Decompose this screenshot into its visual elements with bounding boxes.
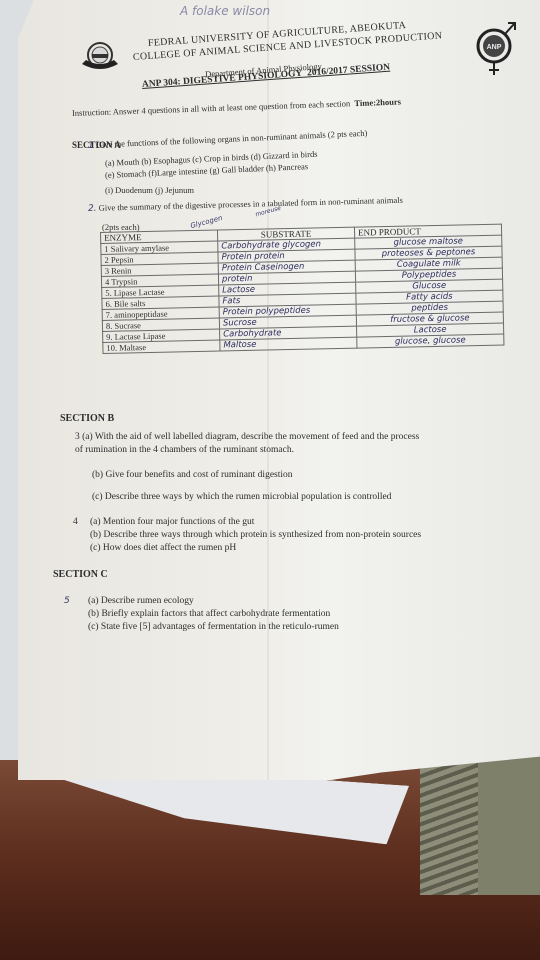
handwritten-name: A folake wilson (180, 4, 270, 18)
green-object (478, 745, 540, 895)
university-crest-icon (80, 40, 120, 74)
svg-text:ANP: ANP (487, 44, 502, 51)
q5a: (a) Describe rumen ecology (88, 596, 194, 606)
cell-substrate: Maltose (220, 337, 357, 351)
q5b: (b) Briefly explain factors that affect … (88, 609, 330, 619)
q5-number: 5 (64, 596, 70, 606)
cell-enzyme: 10. Maltase (103, 340, 220, 353)
q5c: (c) State five [5] advantages of ferment… (88, 622, 339, 632)
digestive-process-table: ENZYME SUBSTRATE END PRODUCT 1 Salivary … (100, 224, 504, 354)
section-b-title: SECTION B (60, 413, 114, 424)
section-c-title: SECTION C (53, 569, 108, 580)
q1-parts-line3: (i) Duodenum (j) Jejunum (105, 185, 194, 195)
q3a-line1: 3 (a) With the aid of well labelled diag… (75, 432, 419, 442)
time-allowed: Time:2hours (354, 97, 401, 109)
gender-symbol-icon: ANP (472, 20, 522, 80)
q2-number: 2. (88, 204, 97, 214)
q4-number: 4 (73, 517, 78, 527)
q4a: (a) Mention four major functions of the … (90, 517, 254, 527)
paper-fold (267, 0, 269, 780)
q3c: (c) Describe three ways by which the rum… (92, 492, 391, 502)
q4c: (c) How does diet affect the rumen pH (90, 543, 236, 553)
q3a-line2: of rumination in the 4 chambers of the r… (75, 445, 294, 455)
q1-number: 1 (88, 141, 94, 151)
q4b: (b) Describe three ways through which pr… (90, 530, 421, 540)
q3b: (b) Give four benefits and cost of rumin… (92, 470, 293, 480)
striped-object (420, 750, 480, 895)
